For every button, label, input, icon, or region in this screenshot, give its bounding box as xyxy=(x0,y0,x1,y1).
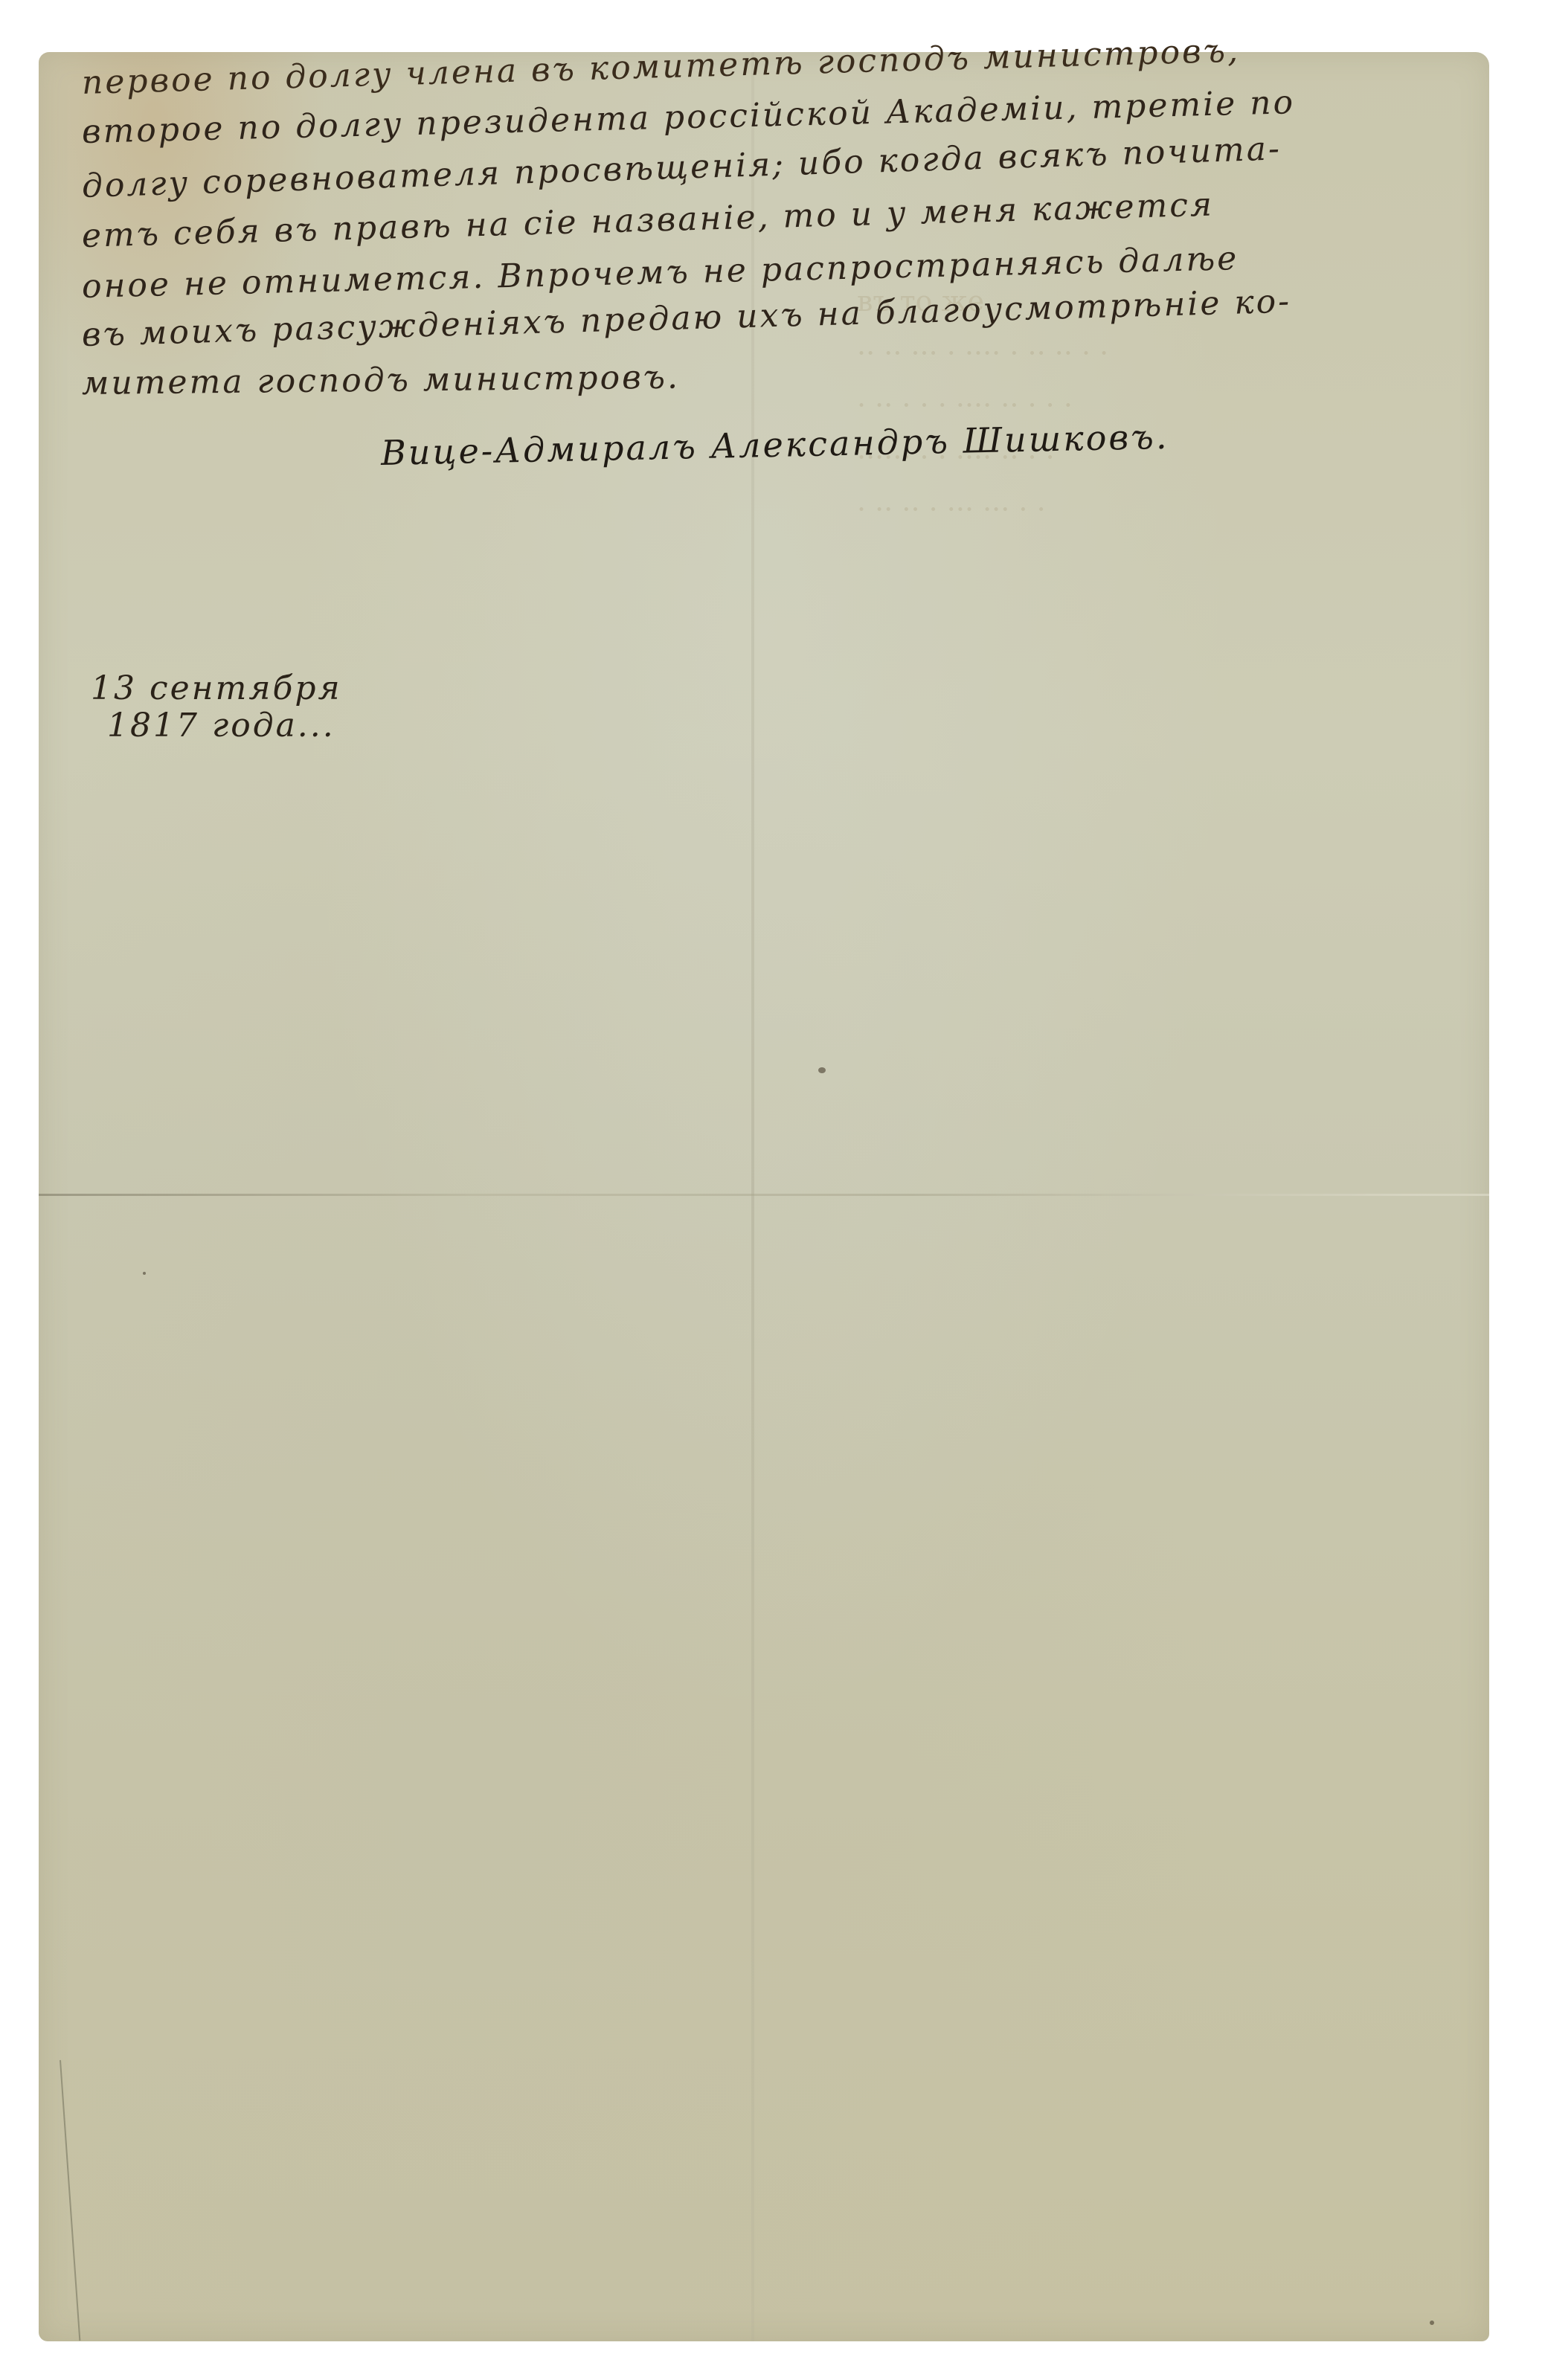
ghost-line: ·· ·· ··· · ···· · ·· ·· · · xyxy=(857,327,1467,379)
vertical-fold-crease xyxy=(751,52,754,2341)
edge-crease xyxy=(60,2060,80,2341)
date-year: 1817 года... xyxy=(107,707,335,744)
horizontal-fold-crease xyxy=(39,1194,1489,1196)
ink-spot xyxy=(1430,2320,1434,2325)
ink-spot xyxy=(818,1067,826,1073)
date-day-month: 13 сентября xyxy=(91,669,342,707)
manuscript-sheet: въ то же ·· ·· ··· · ···· · ·· ·· · · · … xyxy=(39,52,1489,2341)
ink-spot xyxy=(143,1272,146,1275)
ghost-line: · ·· ·· · ··· ··· · · xyxy=(857,483,1467,535)
letter-body-line: митета господъ министровъ. xyxy=(82,358,680,402)
